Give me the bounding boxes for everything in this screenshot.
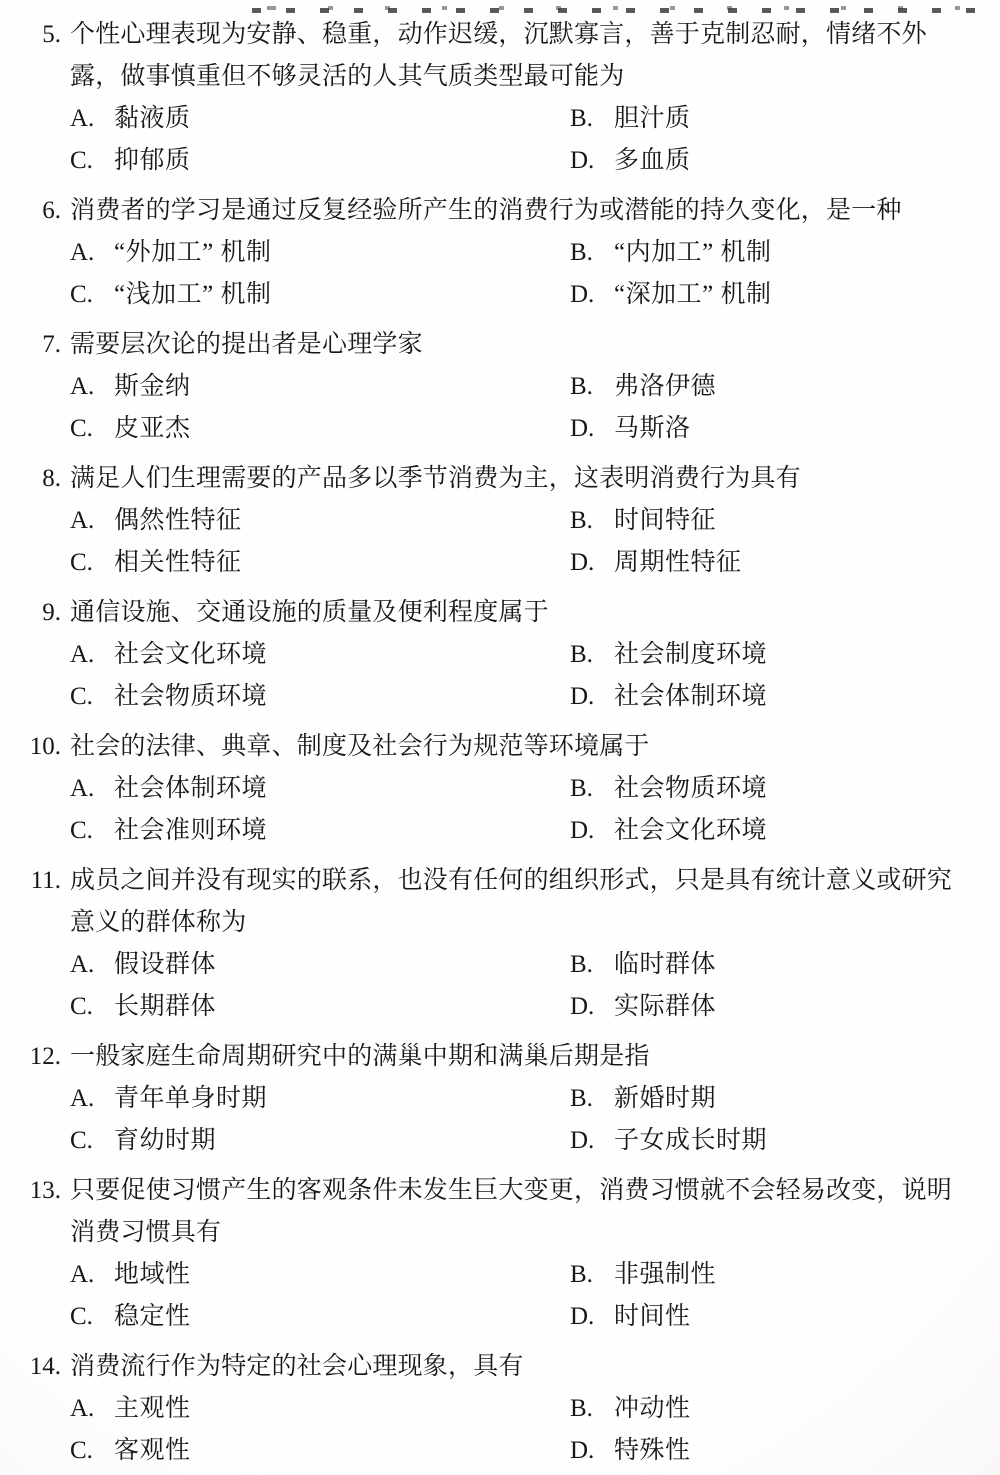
option-letter: A.	[70, 1388, 114, 1430]
option-letter: B.	[570, 366, 614, 408]
option-b: B.非强制性	[570, 1254, 977, 1296]
question-body: 通信设施、交通设施的质量及便利程度属于A.社会文化环境B.社会制度环境C.社会物…	[70, 592, 977, 718]
option-letter: D.	[570, 986, 614, 1028]
option-letter: D.	[570, 1120, 614, 1162]
question-number: 13.	[0, 1170, 70, 1338]
question-body: 需要层次论的提出者是心理学家A.斯金纳B.弗洛伊德C.皮亚杰D.马斯洛	[70, 324, 977, 450]
option-d: D.周期性特征	[570, 542, 977, 584]
option-d: D.社会体制环境	[570, 676, 977, 718]
option-a: A.偶然性特征	[70, 500, 570, 542]
question-body: 满足人们生理需要的产品多以季节消费为主，这表明消费行为具有A.偶然性特征B.时间…	[70, 458, 977, 584]
exam-page: 5.个性心理表现为安静、稳重，动作迟缓，沉默寡言，善于克制忍耐，情绪不外露，做事…	[0, 0, 1000, 1472]
option-text: 胆汁质	[614, 98, 691, 140]
question-body: 一般家庭生命周期研究中的满巢中期和满巢后期是指A.青年单身时期B.新婚时期C.育…	[70, 1036, 977, 1162]
option-text: 长期群体	[114, 986, 216, 1028]
option-b: B.新婚时期	[570, 1078, 977, 1120]
question-stem: 成员之间并没有现实的联系，也没有任何的组织形式，只是具有统计意义或研究意义的群体…	[70, 860, 977, 944]
option-b: B.社会制度环境	[570, 634, 977, 676]
option-letter: B.	[570, 944, 614, 986]
option-text: 育幼时期	[114, 1120, 216, 1162]
question: 13.只要促使习惯产生的客观条件未发生巨大变更，消费习惯就不会轻易改变，说明消费…	[0, 1170, 985, 1338]
option-letter: A.	[70, 944, 114, 986]
option-letter: D.	[570, 676, 614, 718]
question-number: 10.	[0, 726, 70, 852]
option-text: 相关性特征	[114, 542, 242, 584]
option-a: A.青年单身时期	[70, 1078, 570, 1120]
option-text: 社会体制环境	[614, 676, 767, 718]
option-d: D.子女成长时期	[570, 1120, 977, 1162]
question-number: 7.	[0, 324, 70, 450]
option-letter: D.	[570, 810, 614, 852]
question-number: 8.	[0, 458, 70, 584]
option-text: 假设群体	[114, 944, 216, 986]
option-b: B.胆汁质	[570, 98, 977, 140]
option-letter: B.	[570, 500, 614, 542]
question-number: 9.	[0, 592, 70, 718]
option-a: A.社会体制环境	[70, 768, 570, 810]
option-letter: A.	[70, 500, 114, 542]
option-c: C.育幼时期	[70, 1120, 570, 1162]
question: 5.个性心理表现为安静、稳重，动作迟缓，沉默寡言，善于克制忍耐，情绪不外露，做事…	[0, 14, 985, 182]
option-letter: D.	[570, 408, 614, 450]
option-text: 非强制性	[614, 1254, 716, 1296]
option-letter: A.	[70, 366, 114, 408]
option-a: A.“外加工” 机制	[70, 232, 570, 274]
option-c: C.皮亚杰	[70, 408, 570, 450]
option-letter: B.	[570, 1078, 614, 1120]
option-letter: B.	[570, 98, 614, 140]
option-text: 社会体制环境	[114, 768, 267, 810]
question-body: 个性心理表现为安静、稳重，动作迟缓，沉默寡言，善于克制忍耐，情绪不外露，做事慎重…	[70, 14, 977, 182]
question: 14.消费流行作为特定的社会心理现象，具有A.主观性B.冲动性C.客观性D.特殊…	[0, 1346, 985, 1472]
question-stem: 需要层次论的提出者是心理学家	[70, 324, 977, 366]
option-b: B.弗洛伊德	[570, 366, 977, 408]
option-c: C.社会物质环境	[70, 676, 570, 718]
option-text: 特殊性	[614, 1430, 691, 1472]
option-d: D.时间性	[570, 1296, 977, 1338]
option-grid: A.假设群体B.临时群体C.长期群体D.实际群体	[70, 944, 977, 1028]
question-body: 成员之间并没有现实的联系，也没有任何的组织形式，只是具有统计意义或研究意义的群体…	[70, 860, 977, 1028]
option-text: 时间特征	[614, 500, 716, 542]
option-c: C.“浅加工” 机制	[70, 274, 570, 316]
option-letter: D.	[570, 274, 614, 316]
option-text: 社会准则环境	[114, 810, 267, 852]
question-number: 12.	[0, 1036, 70, 1162]
option-letter: A.	[70, 1078, 114, 1120]
option-text: 抑郁质	[114, 140, 191, 182]
option-grid: A.偶然性特征B.时间特征C.相关性特征D.周期性特征	[70, 500, 977, 584]
option-c: C.稳定性	[70, 1296, 570, 1338]
option-text: 斯金纳	[114, 366, 191, 408]
question: 11.成员之间并没有现实的联系，也没有任何的组织形式，只是具有统计意义或研究意义…	[0, 860, 985, 1028]
option-letter: A.	[70, 98, 114, 140]
option-letter: C.	[70, 1430, 114, 1472]
option-text: 马斯洛	[614, 408, 691, 450]
option-d: D.多血质	[570, 140, 977, 182]
question-stem: 只要促使习惯产生的客观条件未发生巨大变更，消费习惯就不会轻易改变，说明消费习惯具…	[70, 1170, 977, 1254]
option-letter: C.	[70, 810, 114, 852]
option-text: “深加工” 机制	[614, 274, 771, 316]
question-stem: 消费者的学习是通过反复经验所产生的消费行为或潜能的持久变化，是一种	[70, 190, 977, 232]
question: 10.社会的法律、典章、制度及社会行为规范等环境属于A.社会体制环境B.社会物质…	[0, 726, 985, 852]
option-d: D.特殊性	[570, 1430, 977, 1472]
option-letter: B.	[570, 1254, 614, 1296]
option-letter: C.	[70, 986, 114, 1028]
option-c: C.长期群体	[70, 986, 570, 1028]
option-grid: A.青年单身时期B.新婚时期C.育幼时期D.子女成长时期	[70, 1078, 977, 1162]
option-letter: D.	[570, 140, 614, 182]
option-text: “浅加工” 机制	[114, 274, 271, 316]
option-letter: C.	[70, 1296, 114, 1338]
option-letter: C.	[70, 408, 114, 450]
option-text: 地域性	[114, 1254, 191, 1296]
option-grid: A.地域性B.非强制性C.稳定性D.时间性	[70, 1254, 977, 1338]
option-text: 偶然性特征	[114, 500, 242, 542]
question: 12.一般家庭生命周期研究中的满巢中期和满巢后期是指A.青年单身时期B.新婚时期…	[0, 1036, 985, 1162]
option-text: 社会文化环境	[614, 810, 767, 852]
option-letter: C.	[70, 140, 114, 182]
option-letter: D.	[570, 542, 614, 584]
option-b: B.临时群体	[570, 944, 977, 986]
option-b: B.时间特征	[570, 500, 977, 542]
question-stem: 社会的法律、典章、制度及社会行为规范等环境属于	[70, 726, 977, 768]
question: 6.消费者的学习是通过反复经验所产生的消费行为或潜能的持久变化，是一种A.“外加…	[0, 190, 985, 316]
option-text: 社会文化环境	[114, 634, 267, 676]
option-text: 实际群体	[614, 986, 716, 1028]
option-letter: B.	[570, 232, 614, 274]
option-text: 多血质	[614, 140, 691, 182]
option-b: B.冲动性	[570, 1388, 977, 1430]
option-a: A.地域性	[70, 1254, 570, 1296]
option-c: C.社会准则环境	[70, 810, 570, 852]
option-letter: A.	[70, 768, 114, 810]
question-body: 只要促使习惯产生的客观条件未发生巨大变更，消费习惯就不会轻易改变，说明消费习惯具…	[70, 1170, 977, 1338]
option-letter: C.	[70, 274, 114, 316]
option-b: B.“内加工” 机制	[570, 232, 977, 274]
option-grid: A.黏液质B.胆汁质C.抑郁质D.多血质	[70, 98, 977, 182]
option-text: 时间性	[614, 1296, 691, 1338]
option-c: C.相关性特征	[70, 542, 570, 584]
option-text: 周期性特征	[614, 542, 742, 584]
option-letter: D.	[570, 1296, 614, 1338]
option-text: 客观性	[114, 1430, 191, 1472]
option-a: A.社会文化环境	[70, 634, 570, 676]
question-stem: 一般家庭生命周期研究中的满巢中期和满巢后期是指	[70, 1036, 977, 1078]
option-d: D.社会文化环境	[570, 810, 977, 852]
option-letter: B.	[570, 1388, 614, 1430]
option-text: 主观性	[114, 1388, 191, 1430]
option-text: 黏液质	[114, 98, 191, 140]
question-number: 6.	[0, 190, 70, 316]
question: 7.需要层次论的提出者是心理学家A.斯金纳B.弗洛伊德C.皮亚杰D.马斯洛	[0, 324, 985, 450]
option-grid: A.社会文化环境B.社会制度环境C.社会物质环境D.社会体制环境	[70, 634, 977, 718]
option-letter: C.	[70, 676, 114, 718]
option-d: D.马斯洛	[570, 408, 977, 450]
option-letter: A.	[70, 232, 114, 274]
option-text: 弗洛伊德	[614, 366, 716, 408]
option-grid: A.斯金纳B.弗洛伊德C.皮亚杰D.马斯洛	[70, 366, 977, 450]
option-text: 新婚时期	[614, 1078, 716, 1120]
question-stem: 通信设施、交通设施的质量及便利程度属于	[70, 592, 977, 634]
question-number: 5.	[0, 14, 70, 182]
option-text: 社会制度环境	[614, 634, 767, 676]
option-d: D.实际群体	[570, 986, 977, 1028]
option-a: A.斯金纳	[70, 366, 570, 408]
option-text: 社会物质环境	[114, 676, 267, 718]
option-letter: C.	[70, 542, 114, 584]
option-text: 冲动性	[614, 1388, 691, 1430]
question-number: 11.	[0, 860, 70, 1028]
option-text: 临时群体	[614, 944, 716, 986]
option-grid: A.“外加工” 机制B.“内加工” 机制C.“浅加工” 机制D.“深加工” 机制	[70, 232, 977, 316]
option-a: A.假设群体	[70, 944, 570, 986]
option-letter: A.	[70, 634, 114, 676]
question-body: 消费者的学习是通过反复经验所产生的消费行为或潜能的持久变化，是一种A.“外加工”…	[70, 190, 977, 316]
question-stem: 消费流行作为特定的社会心理现象，具有	[70, 1346, 977, 1388]
question-stem: 个性心理表现为安静、稳重，动作迟缓，沉默寡言，善于克制忍耐，情绪不外露，做事慎重…	[70, 14, 977, 98]
option-a: A.主观性	[70, 1388, 570, 1430]
question-body: 消费流行作为特定的社会心理现象，具有A.主观性B.冲动性C.客观性D.特殊性	[70, 1346, 977, 1472]
option-letter: D.	[570, 1430, 614, 1472]
option-b: B.社会物质环境	[570, 768, 977, 810]
option-letter: A.	[70, 1254, 114, 1296]
question-list: 5.个性心理表现为安静、稳重，动作迟缓，沉默寡言，善于克制忍耐，情绪不外露，做事…	[0, 14, 985, 1472]
option-letter: B.	[570, 768, 614, 810]
cutoff-previous-line-fragments	[252, 4, 997, 13]
option-a: A.黏液质	[70, 98, 570, 140]
option-text: 青年单身时期	[114, 1078, 267, 1120]
option-grid: A.社会体制环境B.社会物质环境C.社会准则环境D.社会文化环境	[70, 768, 977, 852]
question-number: 14.	[0, 1346, 70, 1472]
option-d: D.“深加工” 机制	[570, 274, 977, 316]
option-text: 稳定性	[114, 1296, 191, 1338]
option-text: 皮亚杰	[114, 408, 191, 450]
question-stem: 满足人们生理需要的产品多以季节消费为主，这表明消费行为具有	[70, 458, 977, 500]
option-c: C.抑郁质	[70, 140, 570, 182]
question-body: 社会的法律、典章、制度及社会行为规范等环境属于A.社会体制环境B.社会物质环境C…	[70, 726, 977, 852]
option-grid: A.主观性B.冲动性C.客观性D.特殊性	[70, 1388, 977, 1472]
option-text: 社会物质环境	[614, 768, 767, 810]
option-letter: C.	[70, 1120, 114, 1162]
option-text: “外加工” 机制	[114, 232, 271, 274]
question: 9.通信设施、交通设施的质量及便利程度属于A.社会文化环境B.社会制度环境C.社…	[0, 592, 985, 718]
option-c: C.客观性	[70, 1430, 570, 1472]
question: 8.满足人们生理需要的产品多以季节消费为主，这表明消费行为具有A.偶然性特征B.…	[0, 458, 985, 584]
option-letter: B.	[570, 634, 614, 676]
option-text: 子女成长时期	[614, 1120, 767, 1162]
option-text: “内加工” 机制	[614, 232, 771, 274]
